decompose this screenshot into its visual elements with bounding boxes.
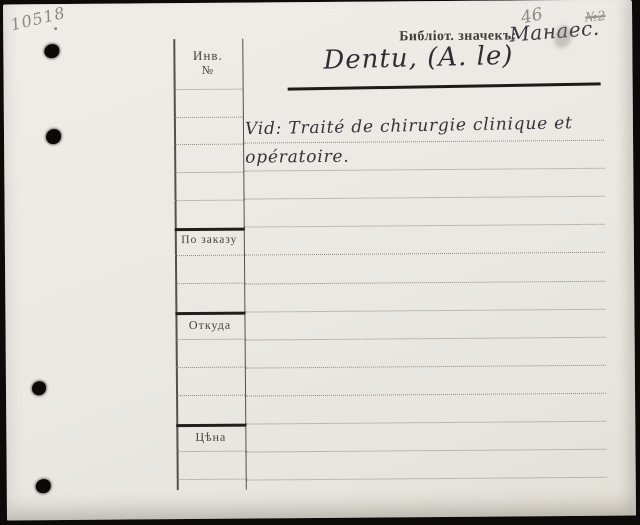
column-ruled-line xyxy=(176,395,245,397)
column-ruled-line xyxy=(175,255,244,257)
pencil-inventory-number: 10518 xyxy=(9,3,68,34)
punch-hole xyxy=(36,479,51,493)
ruled-line xyxy=(245,365,605,369)
inventory-label-line2: № xyxy=(173,63,242,79)
ruled-line xyxy=(245,280,605,284)
price-label: Цѣна xyxy=(176,430,245,446)
section-divider xyxy=(175,312,246,315)
column-ruled-line xyxy=(175,283,244,285)
column-ruled-line xyxy=(177,479,246,481)
column-ruled-line xyxy=(176,367,245,369)
section-divider xyxy=(174,228,245,231)
author-heading-handwritten: Dentu, (A. le) xyxy=(323,41,514,76)
column-ruled-line xyxy=(175,200,244,202)
catalog-card-scan: 10518 Библіот. значекъ: Манаес. 46 №2 De… xyxy=(3,0,636,520)
column-ruled-line xyxy=(176,339,245,341)
ruled-line xyxy=(244,224,604,228)
pencil-speck xyxy=(54,27,57,30)
ruled-line xyxy=(244,196,604,200)
column-ruled-line xyxy=(174,89,243,91)
order-label: По заказу xyxy=(175,234,244,247)
ruled-line xyxy=(246,393,606,397)
column-left-rule xyxy=(173,39,178,490)
ruled-line xyxy=(244,252,604,256)
punch-hole xyxy=(44,44,59,58)
reference-line-2: opératoire. xyxy=(245,147,349,168)
inventory-label-line1: Инв. xyxy=(173,48,242,65)
punch-hole xyxy=(32,381,46,395)
punch-hole xyxy=(46,129,61,144)
ruled-line xyxy=(245,336,605,340)
ruled-line xyxy=(246,421,606,425)
ruled-line xyxy=(244,140,604,144)
column-ruled-line xyxy=(174,144,243,146)
ruled-line xyxy=(246,449,606,453)
ruled-line xyxy=(246,477,606,481)
column-ruled-line xyxy=(174,117,243,119)
ruled-line xyxy=(245,308,605,312)
ruled-line xyxy=(244,168,604,172)
origin-label: Откуда xyxy=(175,318,244,334)
column-ruled-line xyxy=(174,172,243,174)
reference-line-1: Vid: Traité de chirurgie clinique et xyxy=(245,113,573,139)
column-ruled-line xyxy=(176,451,245,453)
column-right-rule xyxy=(242,39,247,490)
crossed-number-pencil: №2 xyxy=(585,9,607,26)
author-underline xyxy=(288,82,601,90)
section-divider xyxy=(176,424,247,427)
